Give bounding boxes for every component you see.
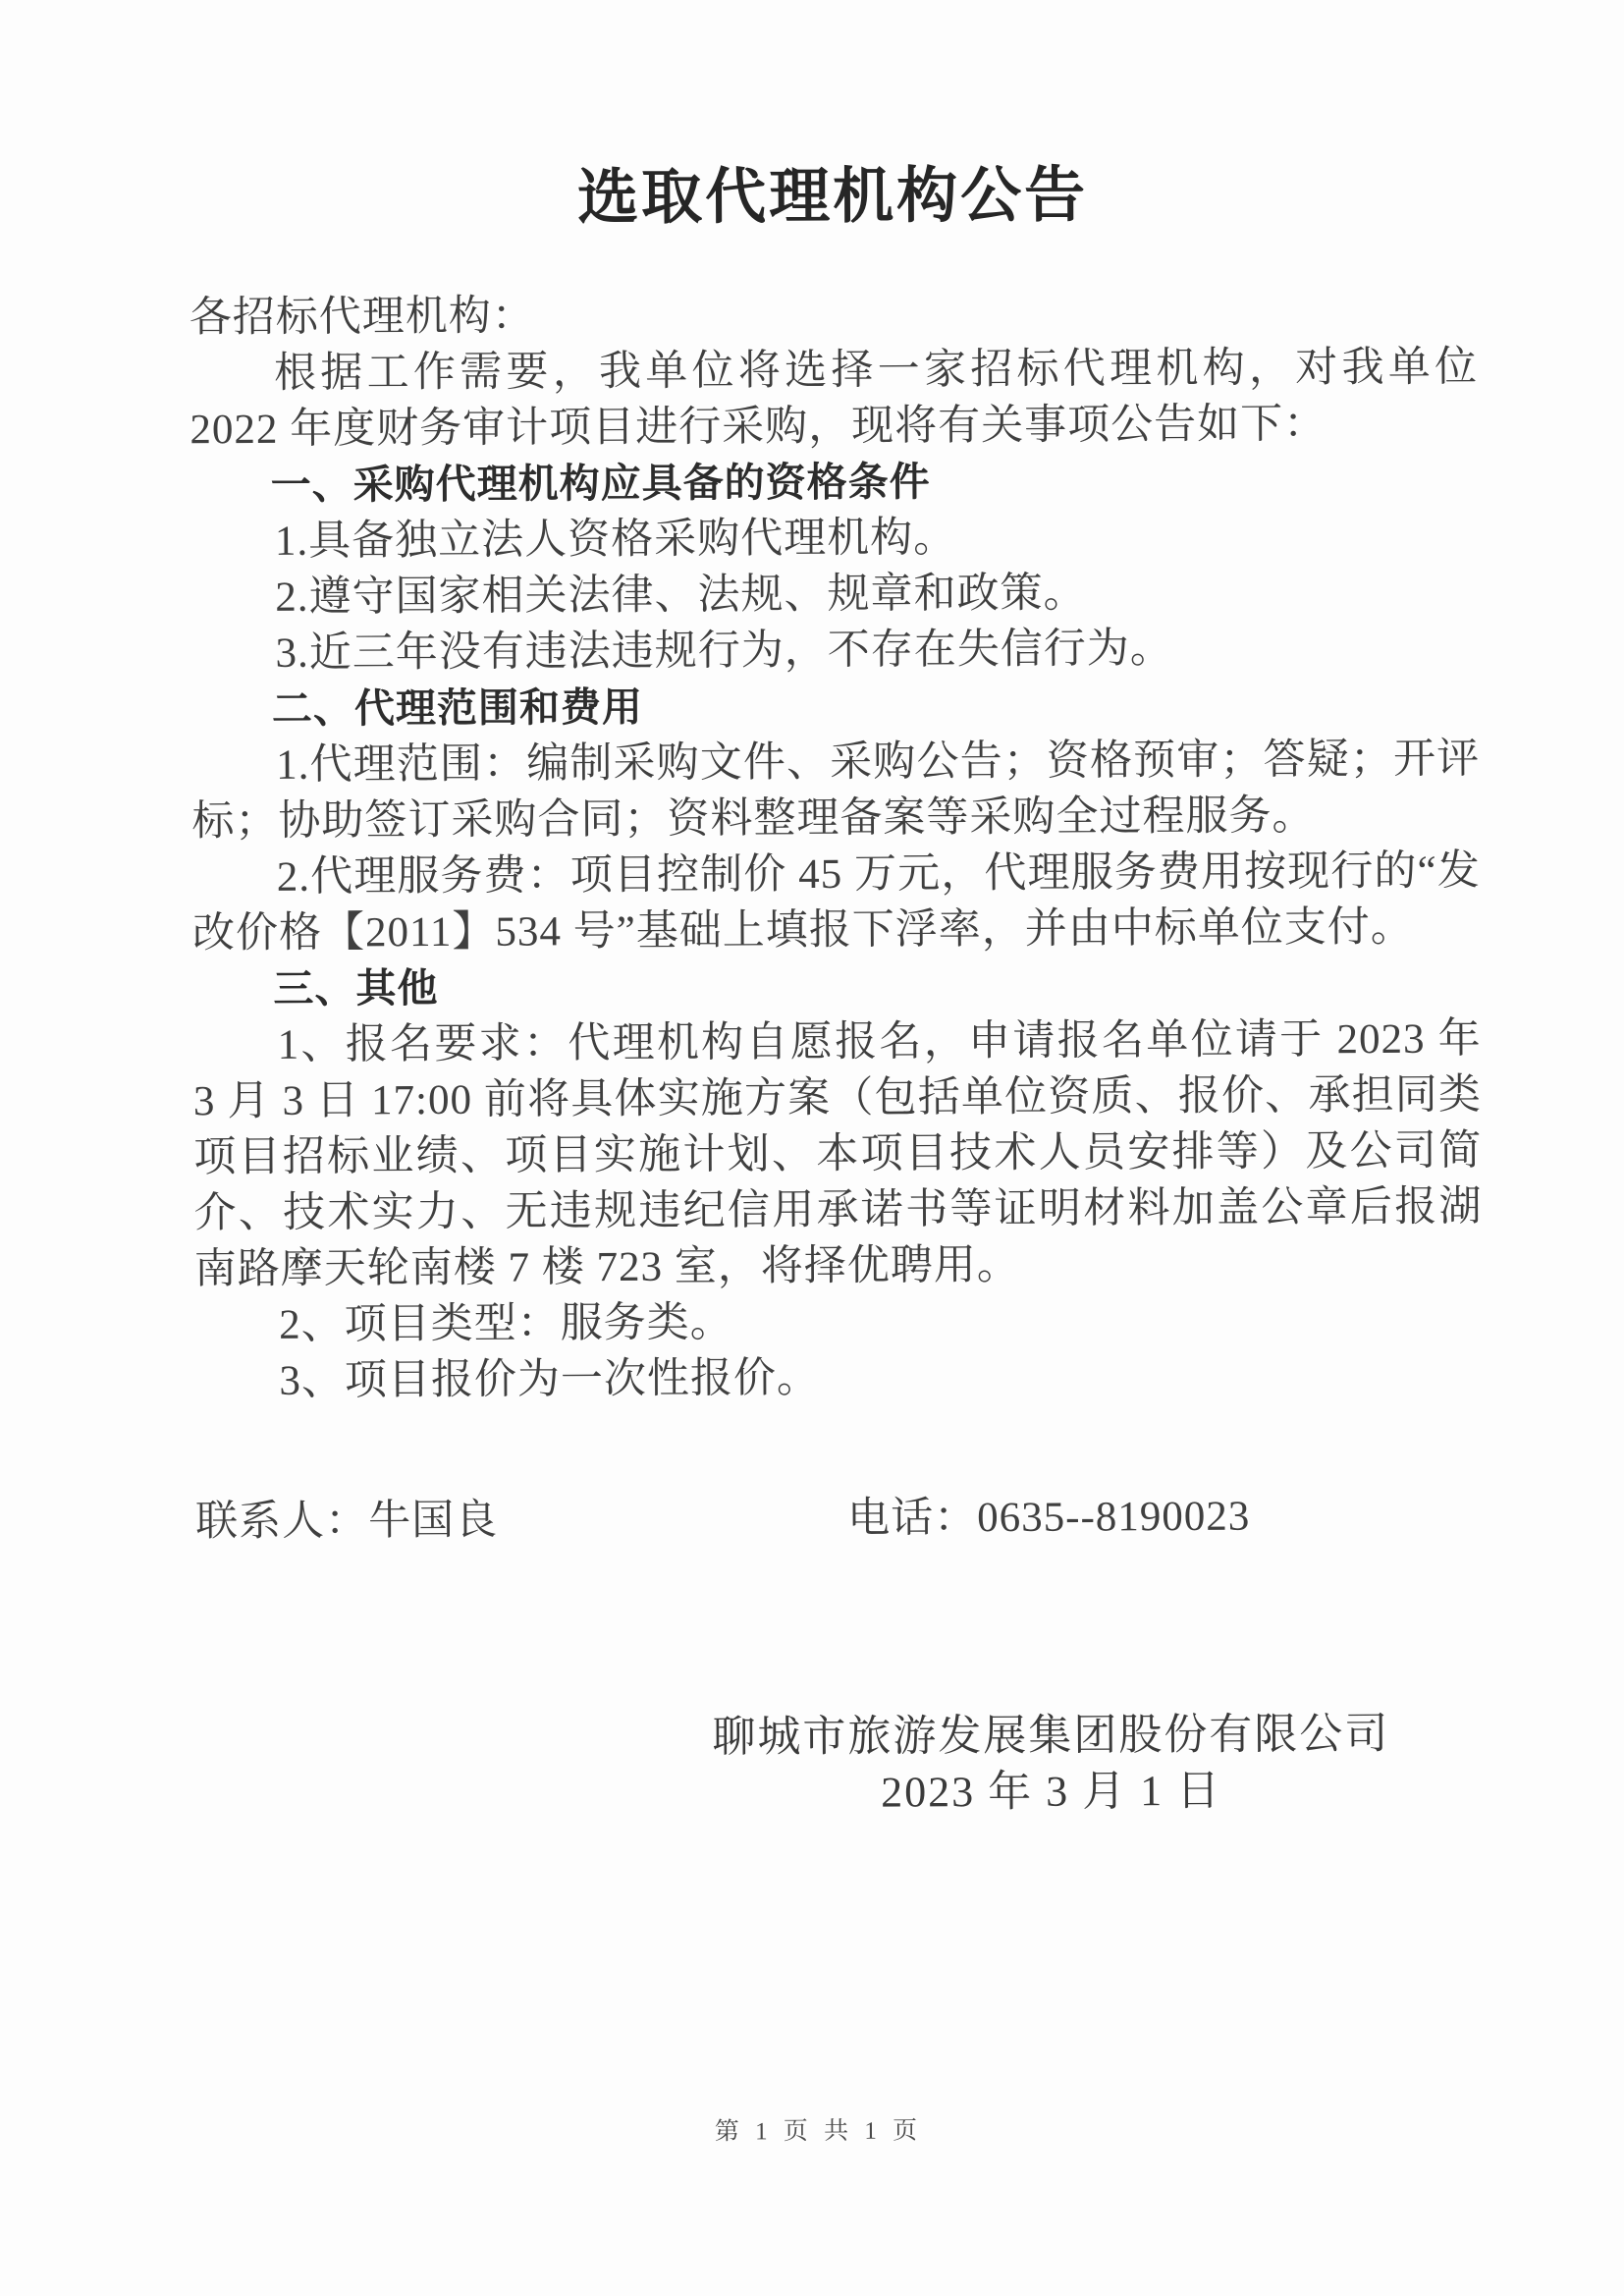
scan-skew-layer: 选取代理机构公告 各招标代理机构： 根据工作需要，我单位将选择一家招标代理机构，…	[0, 0, 1624, 2296]
salutation: 各招标代理机构：	[189, 283, 1478, 346]
section-2-heading: 二、代理范围和费用	[191, 675, 1480, 738]
signature-company: 聊城市旅游发展集团股份有限公司	[406, 1704, 1624, 1767]
section-1-heading: 一、采购代理机构应具备的资格条件	[190, 451, 1479, 514]
section-1-item-3: 3.近三年没有违法违规行为，不存在失信行为。	[190, 619, 1479, 682]
signature-block: 聊城市旅游发展集团股份有限公司 2023 年 3 月 1 日	[406, 1704, 1624, 1823]
page-number-footer: 第 1 页 共 1 页	[6, 2107, 1624, 2152]
section-3-heading: 三、其他	[192, 955, 1481, 1017]
section-3-item-3: 3、项目报价为一次性报价。	[194, 1346, 1483, 1409]
document-body: 各招标代理机构： 根据工作需要，我单位将选择一家招标代理机构，对我单位 2022…	[189, 283, 1484, 1409]
section-2-item-1: 1.代理范围：编制采购文件、采购公告；资格预审；答疑；开评标；协助签订采购合同；…	[191, 731, 1481, 849]
intro-paragraph: 根据工作需要，我单位将选择一家招标代理机构，对我单位 2022 年度财务审计项目…	[189, 339, 1479, 458]
contact-phone-label: 电话：	[847, 1495, 977, 1542]
section-1-item-2: 2.遵守国家相关法律、法规、规章和政策。	[190, 563, 1479, 626]
contact-phone-number: 0635--8190023	[977, 1494, 1250, 1541]
signature-date: 2023 年 3 月 1 日	[407, 1760, 1624, 1823]
section-3-item-2: 2、项目类型：服务类。	[194, 1290, 1483, 1353]
contact-phone: 电话：0635--8190023	[847, 1489, 1250, 1547]
section-2-item-2: 2.代理服务费：项目控制价 45 万元，代理服务费用按现行的“发改价格【2011…	[192, 843, 1482, 961]
document-title: 选取代理机构公告	[189, 143, 1477, 238]
contact-person-name: 牛国良	[368, 1498, 498, 1545]
scanned-document-page: 选取代理机构公告 各招标代理机构： 根据工作需要，我单位将选择一家招标代理机构，…	[0, 0, 1624, 2296]
section-3-item-1: 1、报名要求：代理机构自愿报名，申请报名单位请于 2023 年 3 月 3 日 …	[193, 1011, 1483, 1297]
section-1-item-1: 1.具备独立法人资格采购代理机构。	[190, 507, 1479, 570]
contact-person-label: 联系人：	[195, 1498, 368, 1545]
contact-person: 联系人：牛国良	[195, 1493, 498, 1551]
contact-row: 联系人：牛国良 电话：0635--8190023	[195, 1487, 1484, 1550]
